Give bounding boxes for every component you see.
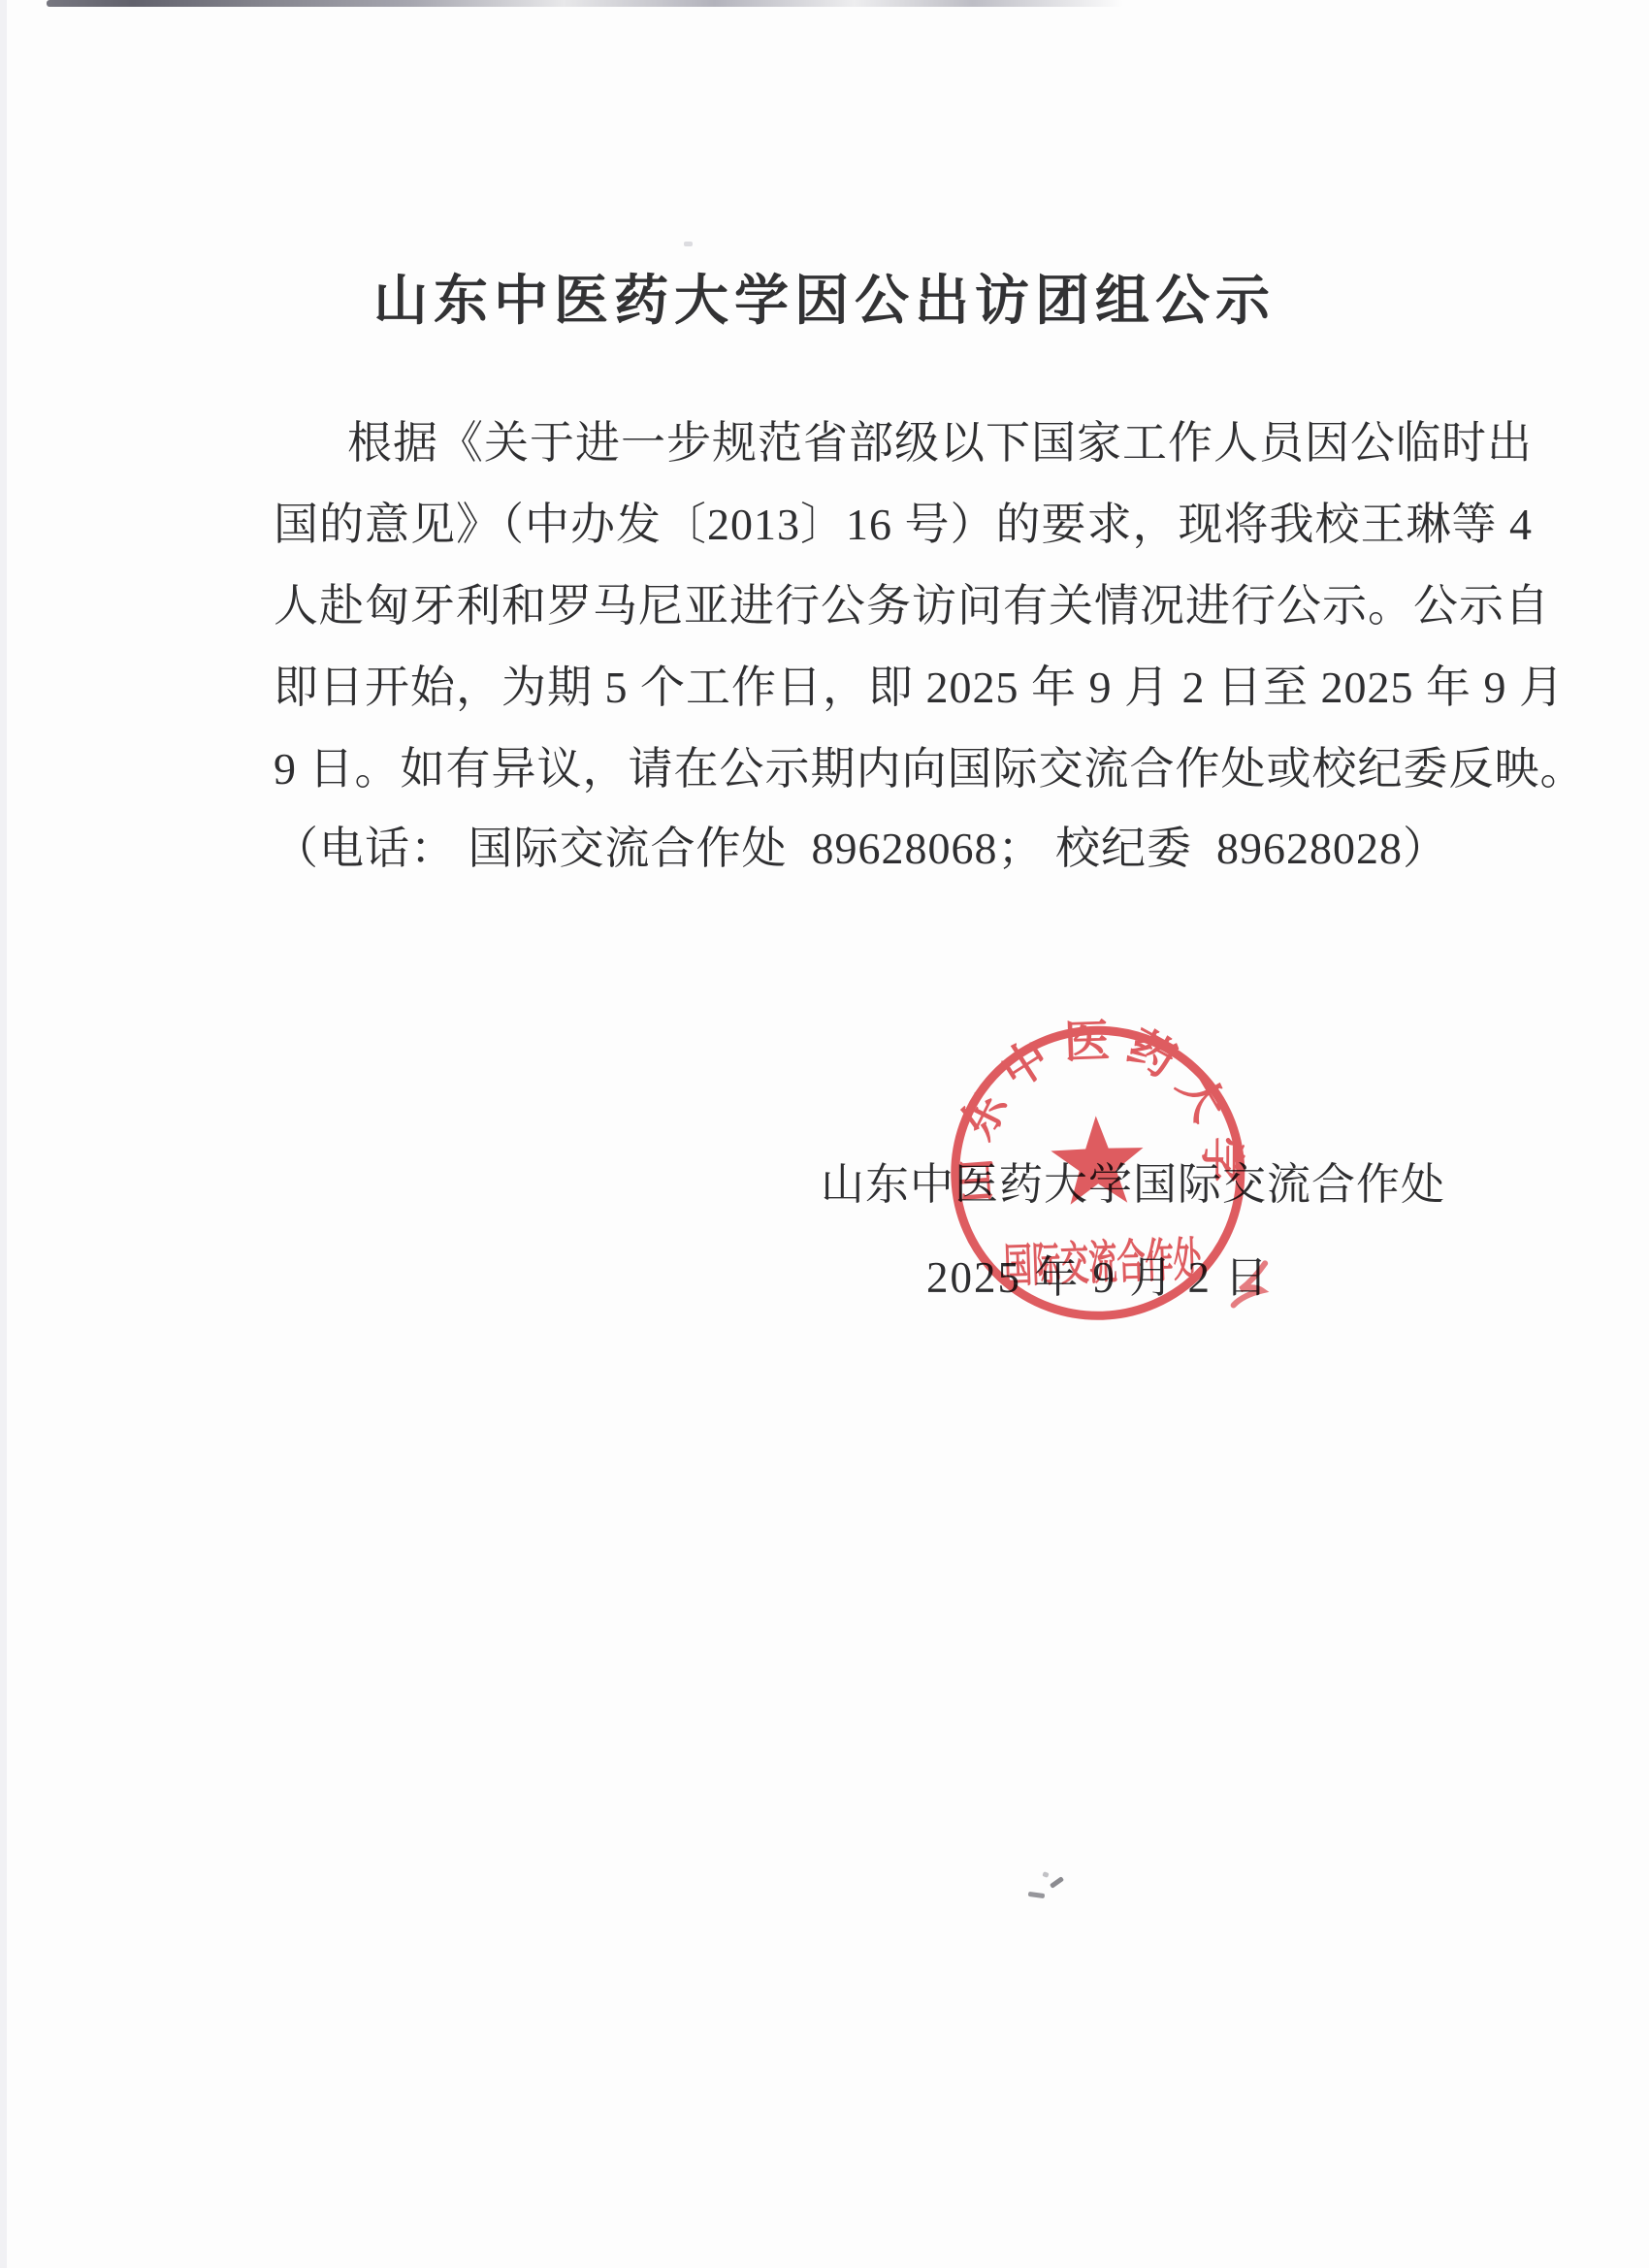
seal-star-icon [1050, 1115, 1145, 1206]
body-line-4: 即日开始，为期 5 个工作日，即 2025 年 9 月 2 日至 2025 年 … [274, 660, 1486, 716]
body-line-5: 9 日。如有异议，请在公示期内向国际交流合作处或校纪委反映。 [274, 741, 1486, 797]
body-line-2: 国的意见》（中办发〔2013〕16 号）的要求，现将我校王琳等 4 [274, 497, 1486, 553]
scan-speck [1050, 1876, 1064, 1889]
official-seal: 山东中医药大学 国际交流合作处 [940, 1013, 1271, 1344]
seal-ink-smear [1232, 1263, 1266, 1305]
scan-speck [1028, 1892, 1046, 1898]
body-line-6: （电话： 国际交流合作处 89628068； 校纪委 89628028） [274, 821, 1486, 877]
scan-edge-artifact [0, 0, 7, 2268]
body-line-3: 人赴匈牙利和罗马尼亚进行公务访问有关情况进行公示。公示自 [274, 578, 1486, 634]
seal-bottom-text: 国际交流合作处 [1003, 1235, 1203, 1293]
scan-speck [1042, 1871, 1049, 1878]
document-title: 山东中医药大学因公出访团组公示 [0, 258, 1649, 336]
scan-speck [684, 242, 693, 246]
body-line-1: 根据《关于进一步规范省部级以下国家工作人员因公临时出 [274, 415, 1560, 471]
document-page: 山东中医药大学因公出访团组公示 根据《关于进一步规范省部级以下国家工作人员因公临… [0, 0, 1649, 2268]
scan-smudge-artifact [47, 0, 1123, 7]
